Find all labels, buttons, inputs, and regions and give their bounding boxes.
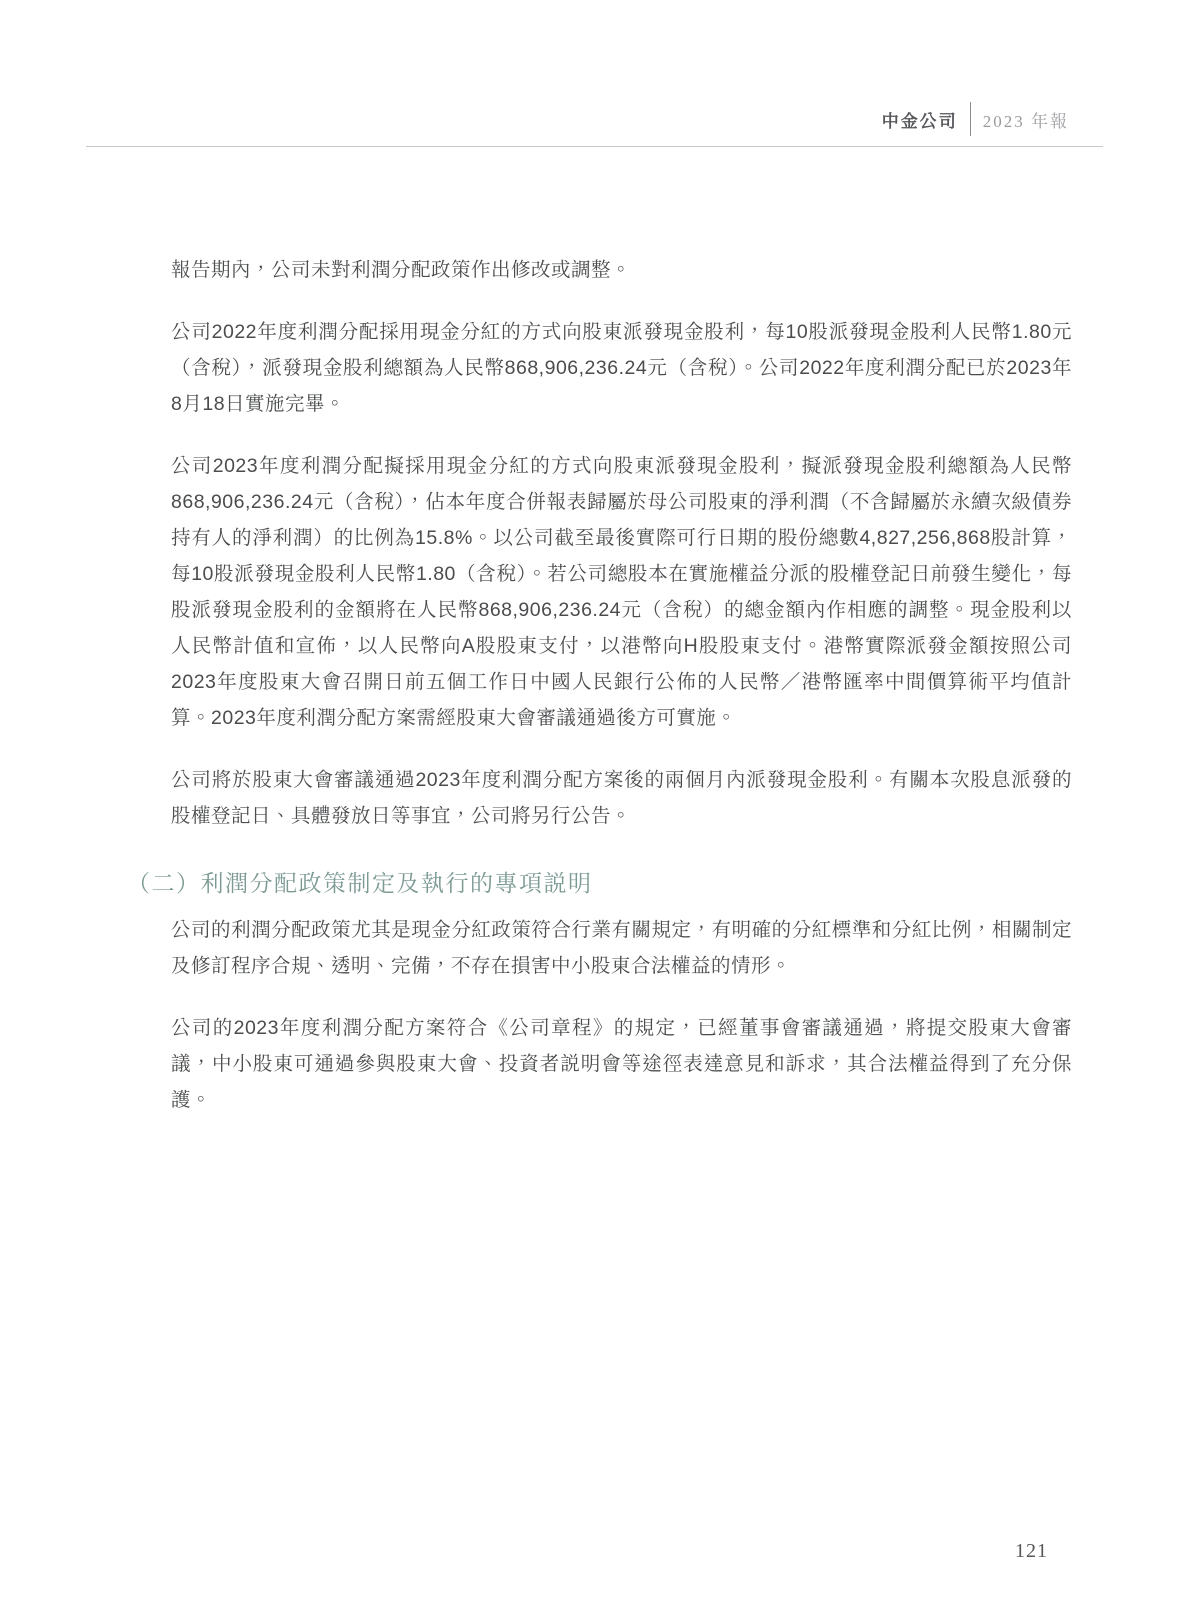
page-number: 121 bbox=[1015, 1540, 1048, 1563]
paragraph-plan-approval-process: 公司的2023年度利潤分配方案符合《公司章程》的規定，已經董事會審議通過，將提交… bbox=[171, 1010, 1072, 1118]
header-titles: 中金公司 2023 年報 bbox=[882, 102, 1069, 136]
paragraph-2023-profit-distribution-plan: 公司2023年度利潤分配擬採用現金分紅的方式向股東派發現金股利，擬派發現金股利總… bbox=[171, 448, 1072, 736]
page-header: 中金公司 2023 年報 bbox=[86, 0, 1103, 147]
paragraph-dividend-policy-no-change: 報告期內，公司未對利潤分配政策作出修改或調整。 bbox=[171, 252, 1072, 288]
paragraph-policy-compliance: 公司的利潤分配政策尤其是現金分紅政策符合行業有關規定，有明確的分紅標準和分紅比例… bbox=[171, 912, 1072, 984]
header-company-name: 中金公司 bbox=[882, 107, 970, 132]
document-body: 報告期內，公司未對利潤分配政策作出修改或調整。 公司2022年度利潤分配採用現金… bbox=[171, 252, 1072, 1144]
annual-report-page: 中金公司 2023 年報 報告期內，公司未對利潤分配政策作出修改或調整。 公司2… bbox=[0, 0, 1190, 1615]
header-report-title: 2023 年報 bbox=[971, 107, 1069, 132]
section-heading-profit-distribution-policy: （二）利潤分配政策制定及執行的專項説明 bbox=[127, 868, 1072, 898]
paragraph-dividend-payment-timing: 公司將於股東大會審議通過2023年度利潤分配方案後的兩個月內派發現金股利。有關本… bbox=[171, 762, 1072, 834]
paragraph-2022-profit-distribution: 公司2022年度利潤分配採用現金分紅的方式向股東派發現金股利，每10股派發現金股… bbox=[171, 314, 1072, 422]
